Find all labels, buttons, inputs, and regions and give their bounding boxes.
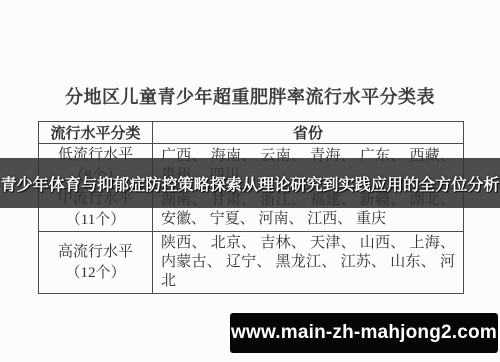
level-cell-high: 高流行水平 （12个） bbox=[39, 232, 153, 294]
level-count: （12个） bbox=[39, 263, 152, 284]
article-image: 分地区儿童青少年超重肥胖率流行水平分类表 流行水平分类 省份 低流行水平 （8个… bbox=[0, 0, 500, 362]
header-level-column: 流行水平分类 bbox=[39, 122, 153, 144]
table-title: 分地区儿童青少年超重肥胖率流行水平分类表 bbox=[0, 87, 500, 107]
header-province-column: 省份 bbox=[153, 122, 464, 144]
province-cell-high: 陕西、 北京、 吉林、 天津、 山西、 上海、 内蒙古、 辽宁、 黑龙江、 江苏… bbox=[153, 232, 464, 294]
headline-overlay-banner: 青少年体育与抑郁症防控策略探索从理论研究到实践应用的全方位分析 bbox=[0, 158, 500, 208]
level-count: （11个） bbox=[39, 210, 152, 231]
table-row: 高流行水平 （12个） 陕西、 北京、 吉林、 天津、 山西、 上海、 内蒙古、… bbox=[39, 232, 464, 294]
level-label: 高流行水平 bbox=[39, 242, 152, 263]
site-watermark: www.main-zh-mahjong2.com bbox=[230, 313, 498, 353]
table-header-row: 流行水平分类 省份 bbox=[39, 122, 464, 144]
